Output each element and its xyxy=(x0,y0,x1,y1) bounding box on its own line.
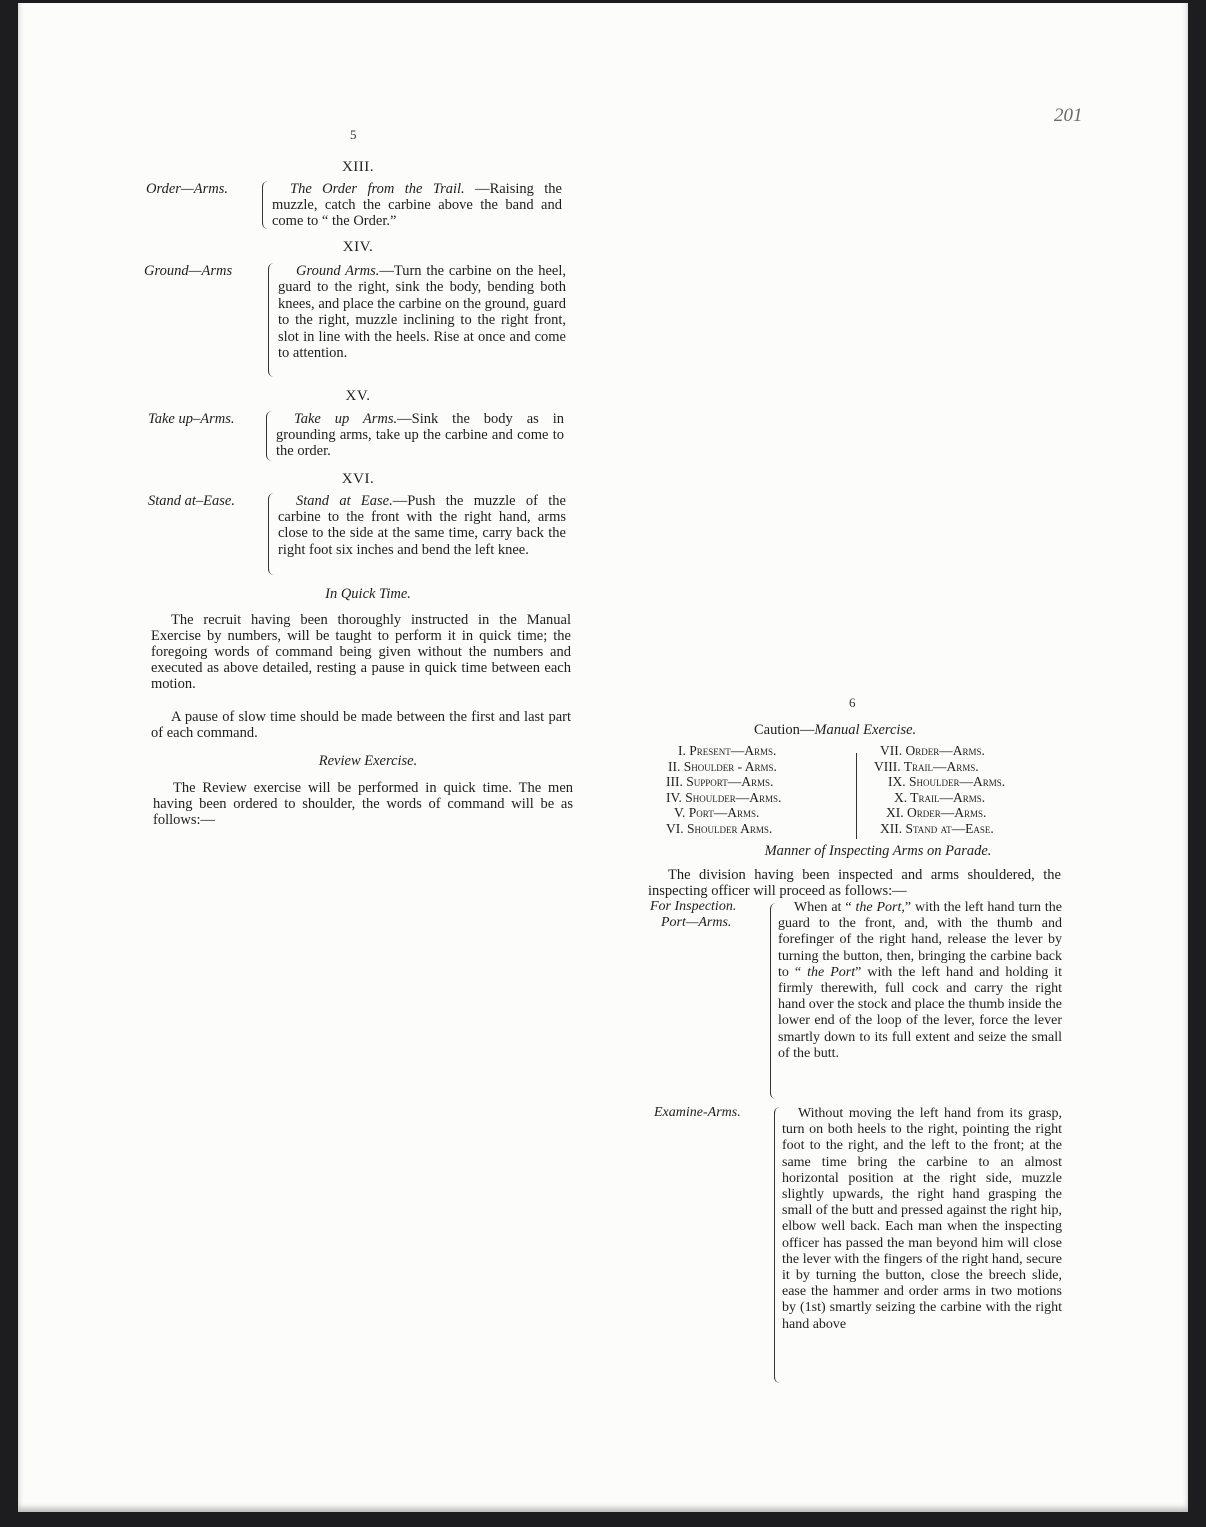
folio-number: 201 xyxy=(1054,105,1083,127)
command-item: IX. Shoulder—Arms. xyxy=(874,774,1074,790)
inspecting-intro: The division having been inspected and a… xyxy=(648,867,1061,899)
command-label: Order—Arms. xyxy=(146,181,262,229)
examine-arms-text: Without moving the left hand from its gr… xyxy=(782,1106,1062,1333)
page-number-6: 6 xyxy=(849,695,856,711)
examine-arms-label: Examine-Arms. xyxy=(654,1105,741,1121)
section-text: Ground Arms.—Turn the carbine on the hee… xyxy=(278,263,566,377)
command-item: X. Trail—Arms. xyxy=(874,790,1074,806)
review-paragraph: The Review exercise will be performed in… xyxy=(153,780,573,828)
section-text: The Order from the Trail. —Raising the m… xyxy=(272,181,562,229)
command-item: VII. Order—Arms. xyxy=(874,743,1074,759)
brace xyxy=(268,493,274,575)
command-label: Ground—Arms xyxy=(144,263,268,377)
command-item: I. Present—Arms. xyxy=(666,743,826,759)
command-item: VIII. Trail—Arms. xyxy=(874,759,1074,775)
column-divider xyxy=(856,753,857,839)
command-item: V. Port—Arms. xyxy=(666,805,826,821)
review-heading: Review Exercise. xyxy=(218,753,518,770)
section-stand-at-ease: Stand at–Ease. Stand at Ease.—Push the m… xyxy=(148,493,573,575)
port-arms-label: Port—Arms. xyxy=(661,915,731,931)
section-numeral: XIII. xyxy=(318,159,398,176)
brace xyxy=(268,263,274,377)
command-item: IV. Shoulder—Arms. xyxy=(666,790,826,806)
command-item: XII. Stand at—Ease. xyxy=(874,821,1074,837)
quick-time-heading: In Quick Time. xyxy=(218,586,518,603)
section-numeral: XVI. xyxy=(318,471,398,488)
book-page: 201 5 XIII. Order—Arms. The Order from t… xyxy=(18,3,1188,1512)
commands-list-left: I. Present—Arms. II. Shoulder - Arms. II… xyxy=(666,743,826,837)
brace xyxy=(266,411,272,461)
section-numeral: XV. xyxy=(318,388,398,405)
brace xyxy=(262,181,268,229)
brace xyxy=(770,903,776,1099)
inspecting-heading: Manner of Inspecting Arms on Parade. xyxy=(678,843,1078,860)
section-ground-arms: Ground—Arms Ground Arms.—Turn the carbin… xyxy=(144,263,574,377)
pause-paragraph: A pause of slow time should be made betw… xyxy=(151,709,571,741)
section-take-up-arms: Take up–Arms. Take up Arms.—Sink the bod… xyxy=(148,411,573,461)
section-numeral: XIV. xyxy=(318,239,398,256)
command-label: Take up–Arms. xyxy=(148,411,266,461)
command-item: III. Support—Arms. xyxy=(666,774,826,790)
command-item: XI. Order—Arms. xyxy=(874,805,1074,821)
brace xyxy=(774,1107,780,1383)
inspection-label: For Inspection. xyxy=(650,899,736,915)
command-item: VI. Shoulder Arms. xyxy=(666,821,826,837)
command-item: II. Shoulder - Arms. xyxy=(666,759,826,775)
port-arms-text: When at “ the Port,” with the left hand … xyxy=(778,900,1062,1062)
section-order-arms: Order—Arms. The Order from the Trail. —R… xyxy=(146,181,571,229)
quick-time-paragraph: The recruit having been thoroughly instr… xyxy=(151,612,571,692)
commands-list-right: VII. Order—Arms. VIII. Trail—Arms. IX. S… xyxy=(874,743,1074,837)
section-text: Stand at Ease.—Push the muzzle of the ca… xyxy=(278,493,566,575)
page-number-5: 5 xyxy=(350,127,357,143)
section-text: Take up Arms.—Sink the body as in ground… xyxy=(276,411,564,461)
command-label: Stand at–Ease. xyxy=(148,493,268,575)
caution-title: Caution—Manual Exercise. xyxy=(754,722,916,739)
